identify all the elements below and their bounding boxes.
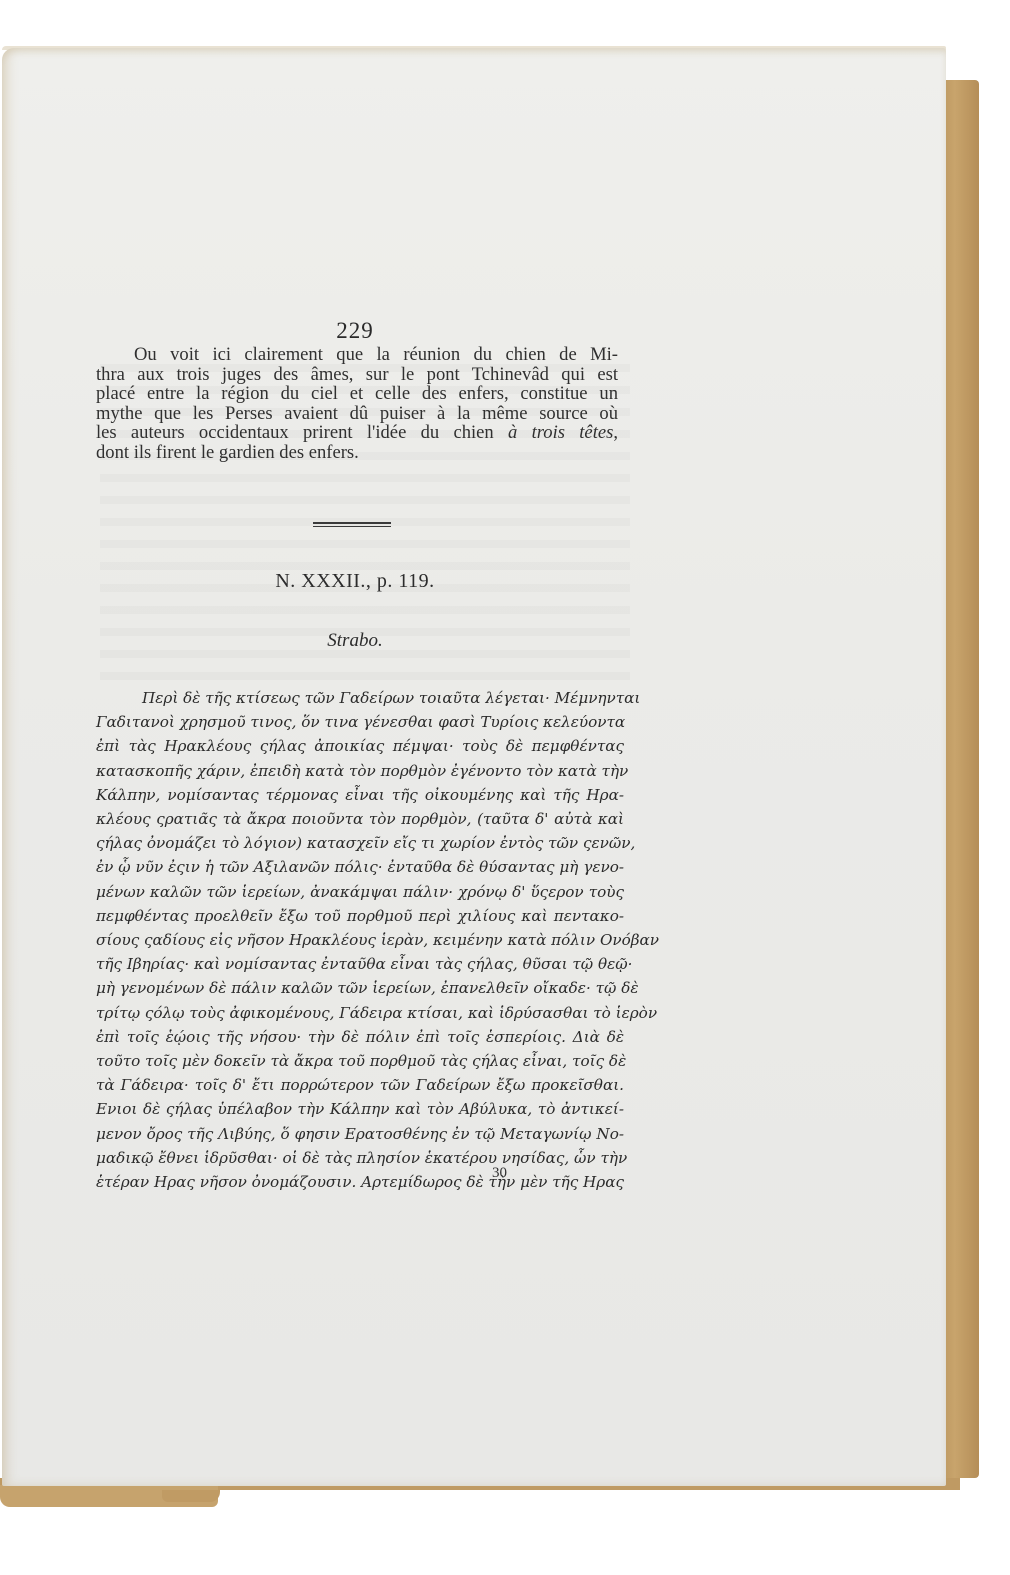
greek-line: μένων καλῶν τῶν ἱερείων, ἀνακάμψαι πάλιν… [96,880,624,904]
greek-line: Περὶ δὲ τῆς κτίσεως τῶν Γαδείρων τοιαῦτα… [96,686,624,710]
italic-phrase: à trois têtes [508,422,613,443]
greek-line: ἐπὶ τὰς Ηρακλέους ςήλας ἀποικίας πέμψαι·… [96,734,624,758]
greek-line: ἐπὶ τοῖς ἑῴοις τῆς νήσου· τὴν δὲ πόλιν ἐ… [96,1025,624,1049]
signature-mark: 30 [492,1165,507,1182]
french-paragraph: Ou voit ici clairement que la réunion du… [96,345,618,462]
greek-line: ςήλας ὀνομάζει τὸ λόγιον) κατασχεῖν εἴς … [96,831,624,855]
greek-line: κλέους ςρατιᾶς τὰ ἄκρα ποιοῦντα τὸν πορθ… [96,807,624,831]
text-line: thra aux trois juges des âmes, sur le po… [96,365,618,385]
greek-line: Ενιοι δὲ ςήλας ὑπέλαβον τὴν Κάλπην καὶ τ… [96,1097,624,1121]
greek-line: τῆς Ιβηρίας· καὶ νομίσαντας ἐνταῦθα εἶνα… [96,952,624,976]
greek-line: τρίτῳ ςόλῳ τοὺς ἀφικομένους, Γάδειρα κτί… [96,1001,624,1025]
greek-line: κατασκοπῆς χάριν, ἐπειδὴ κατὰ τὸν πορθμὸ… [96,759,624,783]
greek-line: ἐν ᾧ νῦν ἐςιν ἡ τῶν Αξιλανῶν πόλις· ἐντα… [96,855,624,879]
text-line: dont ils firent le gardien des enfers. [96,443,618,463]
author-name: Strabo. [0,630,710,652]
greek-line: σίους ςαδίους εἰς νῆσον Ηρακλέους ἱερὰν,… [96,928,624,952]
greek-line: μενον ὄρος τῆς Λιβύης, ὅ φησιν Ερατοσθέν… [96,1122,624,1146]
greek-line: Γαδιτανοὶ χρησμοῦ τινος, ὅν τινα γένεσθα… [96,710,624,734]
greek-line: τοῦτο τοῖς μὲν δοκεῖν τὰ ἄκρα τοῦ πορθμο… [96,1049,624,1073]
torn-cover-fragment-2 [162,1490,220,1502]
greek-line: μαδικῷ ἔθνει ἱδρῦσθαι· οἱ δὲ τὰς πλησίον… [96,1146,624,1170]
greek-line: τὰ Γάδειρα· τοῖς δ' ἔτι πορρώτερον τῶν Γ… [96,1073,624,1097]
text-line: les auteurs occidentaux prirent l'idée d… [96,423,618,443]
double-rule-separator [313,522,391,527]
page-number: 229 [0,318,710,344]
punctuation: , [613,422,618,443]
greek-line: πεμφθέντας προελθεῖν ἔξω τοῦ πορθμοῦ περ… [96,904,624,928]
greek-line: Κάλπην, νομίσαντας τέρμονας εἶναι τῆς οἰ… [96,783,624,807]
greek-line: ἑτέραν Ηρας νῆσον ὀνομάζουσιν. Αρτεμίδωρ… [96,1170,624,1194]
section-heading: N. XXXII., p. 119. [0,570,710,593]
text-line: placé entre la région du ciel et celle d… [96,384,618,404]
text-line: Ou voit ici clairement que la réunion du… [96,345,618,365]
greek-passage: Περὶ δὲ τῆς κτίσεως τῶν Γαδείρων τοιαῦτα… [96,686,624,1194]
greek-line: μὴ γενομένων δὲ πάλιν καλῶν τῶν ἱερείων,… [96,976,624,1000]
text-line: mythe que les Perses avaient dû puiser à… [96,404,618,424]
text-line-segment: les auteurs occidentaux prirent l'idée d… [96,422,494,443]
